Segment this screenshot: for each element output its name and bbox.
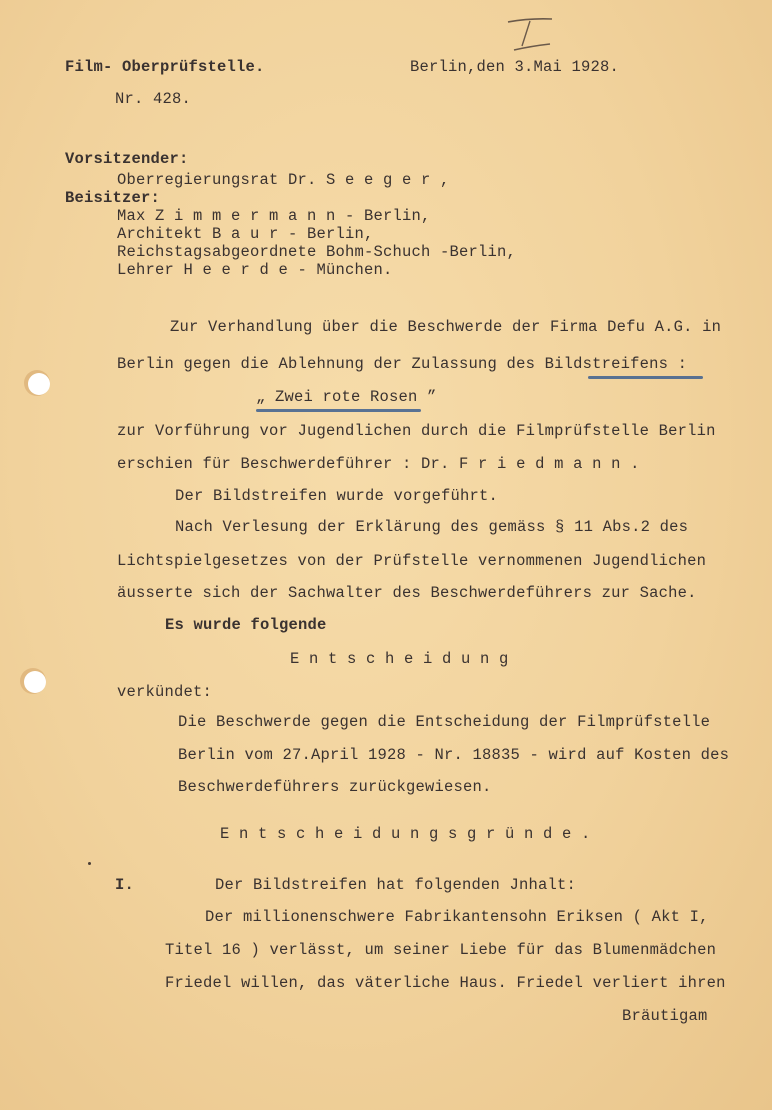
body-line: erschien für Beschwerdeführer : Dr. F r … xyxy=(117,455,640,473)
assessor: Architekt B a u r - Berlin, xyxy=(117,225,374,243)
chair-label: Vorsitzender: xyxy=(65,150,189,168)
section-text-line: Der millionenschwere Fabrikantensohn Eri… xyxy=(205,908,709,926)
body-line: Nach Verlesung der Erklärung des gemäss … xyxy=(175,518,688,536)
assessor: Lehrer H e e r d e - München. xyxy=(117,261,393,279)
body-line: zur Vorführung vor Jugendlichen durch di… xyxy=(117,422,716,440)
ink-dot xyxy=(88,862,91,865)
assessors-label: Beisitzer: xyxy=(65,189,160,207)
office-name: Film- Oberprüfstelle. xyxy=(65,58,265,76)
punch-hole-bottom xyxy=(24,671,46,693)
punch-hole-top xyxy=(28,373,50,395)
body-line: Der Bildstreifen wurde vorgeführt. xyxy=(175,487,498,505)
document-number: Nr. 428. xyxy=(115,90,191,108)
section-text-line: Titel 16 ) verlässt, um seiner Liebe für… xyxy=(165,941,716,959)
decision-text-line: Beschwerdeführers zurückgewiesen. xyxy=(178,778,492,796)
underline-mark xyxy=(588,376,703,379)
section-heading: Der Bildstreifen hat folgenden Jnhalt: xyxy=(215,876,576,894)
assessor: Reichstagsabgeordnete Bohm-Schuch -Berli… xyxy=(117,243,516,261)
assessor: Max Z i m m e r m a n n - Berlin, xyxy=(117,207,431,225)
chair-name: Oberregierungsrat Dr. S e e g e r , xyxy=(117,171,450,189)
reasons-heading: E n t s c h e i d u n g s g r ü n d e . xyxy=(220,825,591,843)
body-line: Es wurde folgende xyxy=(165,616,327,634)
catchword: Bräutigam xyxy=(622,1007,708,1025)
section-text-line: Friedel willen, das väterliche Haus. Fri… xyxy=(165,974,726,992)
body-line: Berlin gegen die Ablehnung der Zulassung… xyxy=(117,355,687,373)
place-date: Berlin,den 3.Mai 1928. xyxy=(410,58,619,76)
handwritten-numeral-mark xyxy=(500,14,570,54)
body-line: Zur Verhandlung über die Beschwerde der … xyxy=(170,318,721,336)
body-line: äusserte sich der Sachwalter des Beschwe… xyxy=(117,584,697,602)
announced-label: verkündet: xyxy=(117,683,212,701)
decision-text-line: Die Beschwerde gegen die Entscheidung de… xyxy=(178,713,710,731)
decision-text-line: Berlin vom 27.April 1928 - Nr. 18835 - w… xyxy=(178,746,729,764)
film-title: „ Zwei rote Rosen ” xyxy=(256,388,437,406)
body-line: Lichtspielgesetzes von der Prüfstelle ve… xyxy=(117,552,706,570)
decision-heading: E n t s c h e i d u n g xyxy=(290,650,509,668)
underline-mark xyxy=(256,409,421,412)
section-number: I. xyxy=(115,876,134,894)
